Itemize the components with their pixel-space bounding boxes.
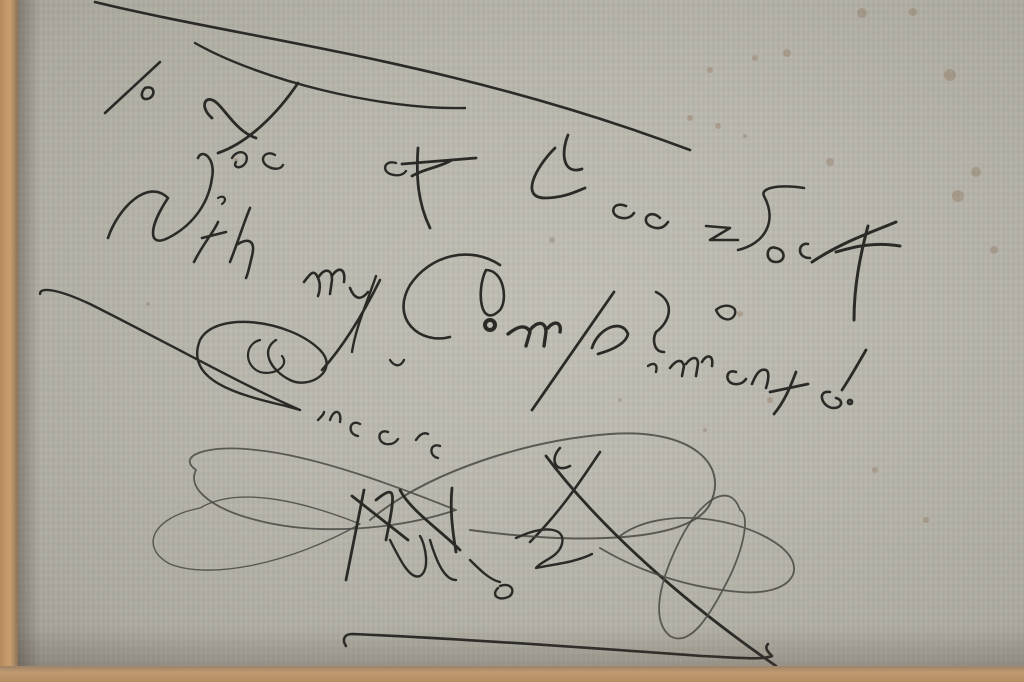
letter-e-ments — [727, 371, 746, 384]
signature-heart-stroke — [516, 529, 592, 568]
stroke-small-u — [390, 360, 404, 365]
wooden-frame-bottom — [0, 666, 1024, 682]
stroke-l-mid — [352, 276, 376, 352]
letter-J — [205, 83, 298, 153]
letter-c — [263, 153, 283, 168]
signature-lower-loops — [390, 536, 512, 598]
letter-S-inner — [248, 340, 284, 373]
letter-o-2 — [768, 247, 784, 262]
letter-k-2 — [812, 222, 900, 320]
letter-m — [304, 270, 344, 296]
top-flourish-short — [195, 43, 465, 108]
letter-d — [738, 186, 804, 250]
letter-y-sincerely — [530, 448, 600, 542]
frame-bottom-shadow — [0, 626, 1024, 666]
signature-loop-left-faint — [153, 497, 360, 570]
top-flourish-long — [95, 2, 690, 150]
letter-e — [613, 205, 634, 219]
exclamation-mark — [842, 350, 866, 404]
letter-o — [142, 87, 154, 99]
wooden-frame-left — [0, 0, 18, 682]
letter-S-big — [40, 290, 327, 410]
letter-s-ments — [822, 392, 841, 408]
line-1-to-jack-weadock — [95, 2, 900, 320]
line-2-with-my-compliments — [108, 154, 866, 414]
closing-sincerely — [40, 276, 600, 542]
handwritten-inscription — [0, 0, 1024, 682]
letter-m-comp — [508, 323, 560, 346]
letter-k — [402, 148, 476, 228]
letter-l — [654, 292, 669, 352]
letter-i — [648, 364, 657, 372]
letter-W — [532, 135, 585, 198]
frame-left-shadow — [18, 0, 40, 682]
letter-a — [232, 152, 247, 167]
letter-n-ments — [752, 370, 768, 388]
letter-h — [230, 208, 253, 278]
letters-incerely — [318, 412, 440, 458]
letter-t-ments — [770, 372, 808, 414]
letter-i-dot — [218, 197, 225, 204]
letter-m-ments — [670, 356, 712, 376]
letter-t — [194, 222, 226, 262]
letter-C — [404, 255, 504, 339]
letter-W-with — [108, 154, 213, 241]
letter-c-3 — [800, 244, 810, 258]
letter-i-dot-2 — [716, 306, 735, 320]
letter-C-dot — [485, 320, 495, 330]
letter-p — [532, 292, 628, 410]
letter-z — [706, 226, 738, 240]
signature-big-arc — [370, 433, 715, 538]
letter-a-2 — [646, 214, 668, 228]
inscription-photo: To Jack Weadock With my Compliments! Sin… — [0, 0, 1024, 682]
